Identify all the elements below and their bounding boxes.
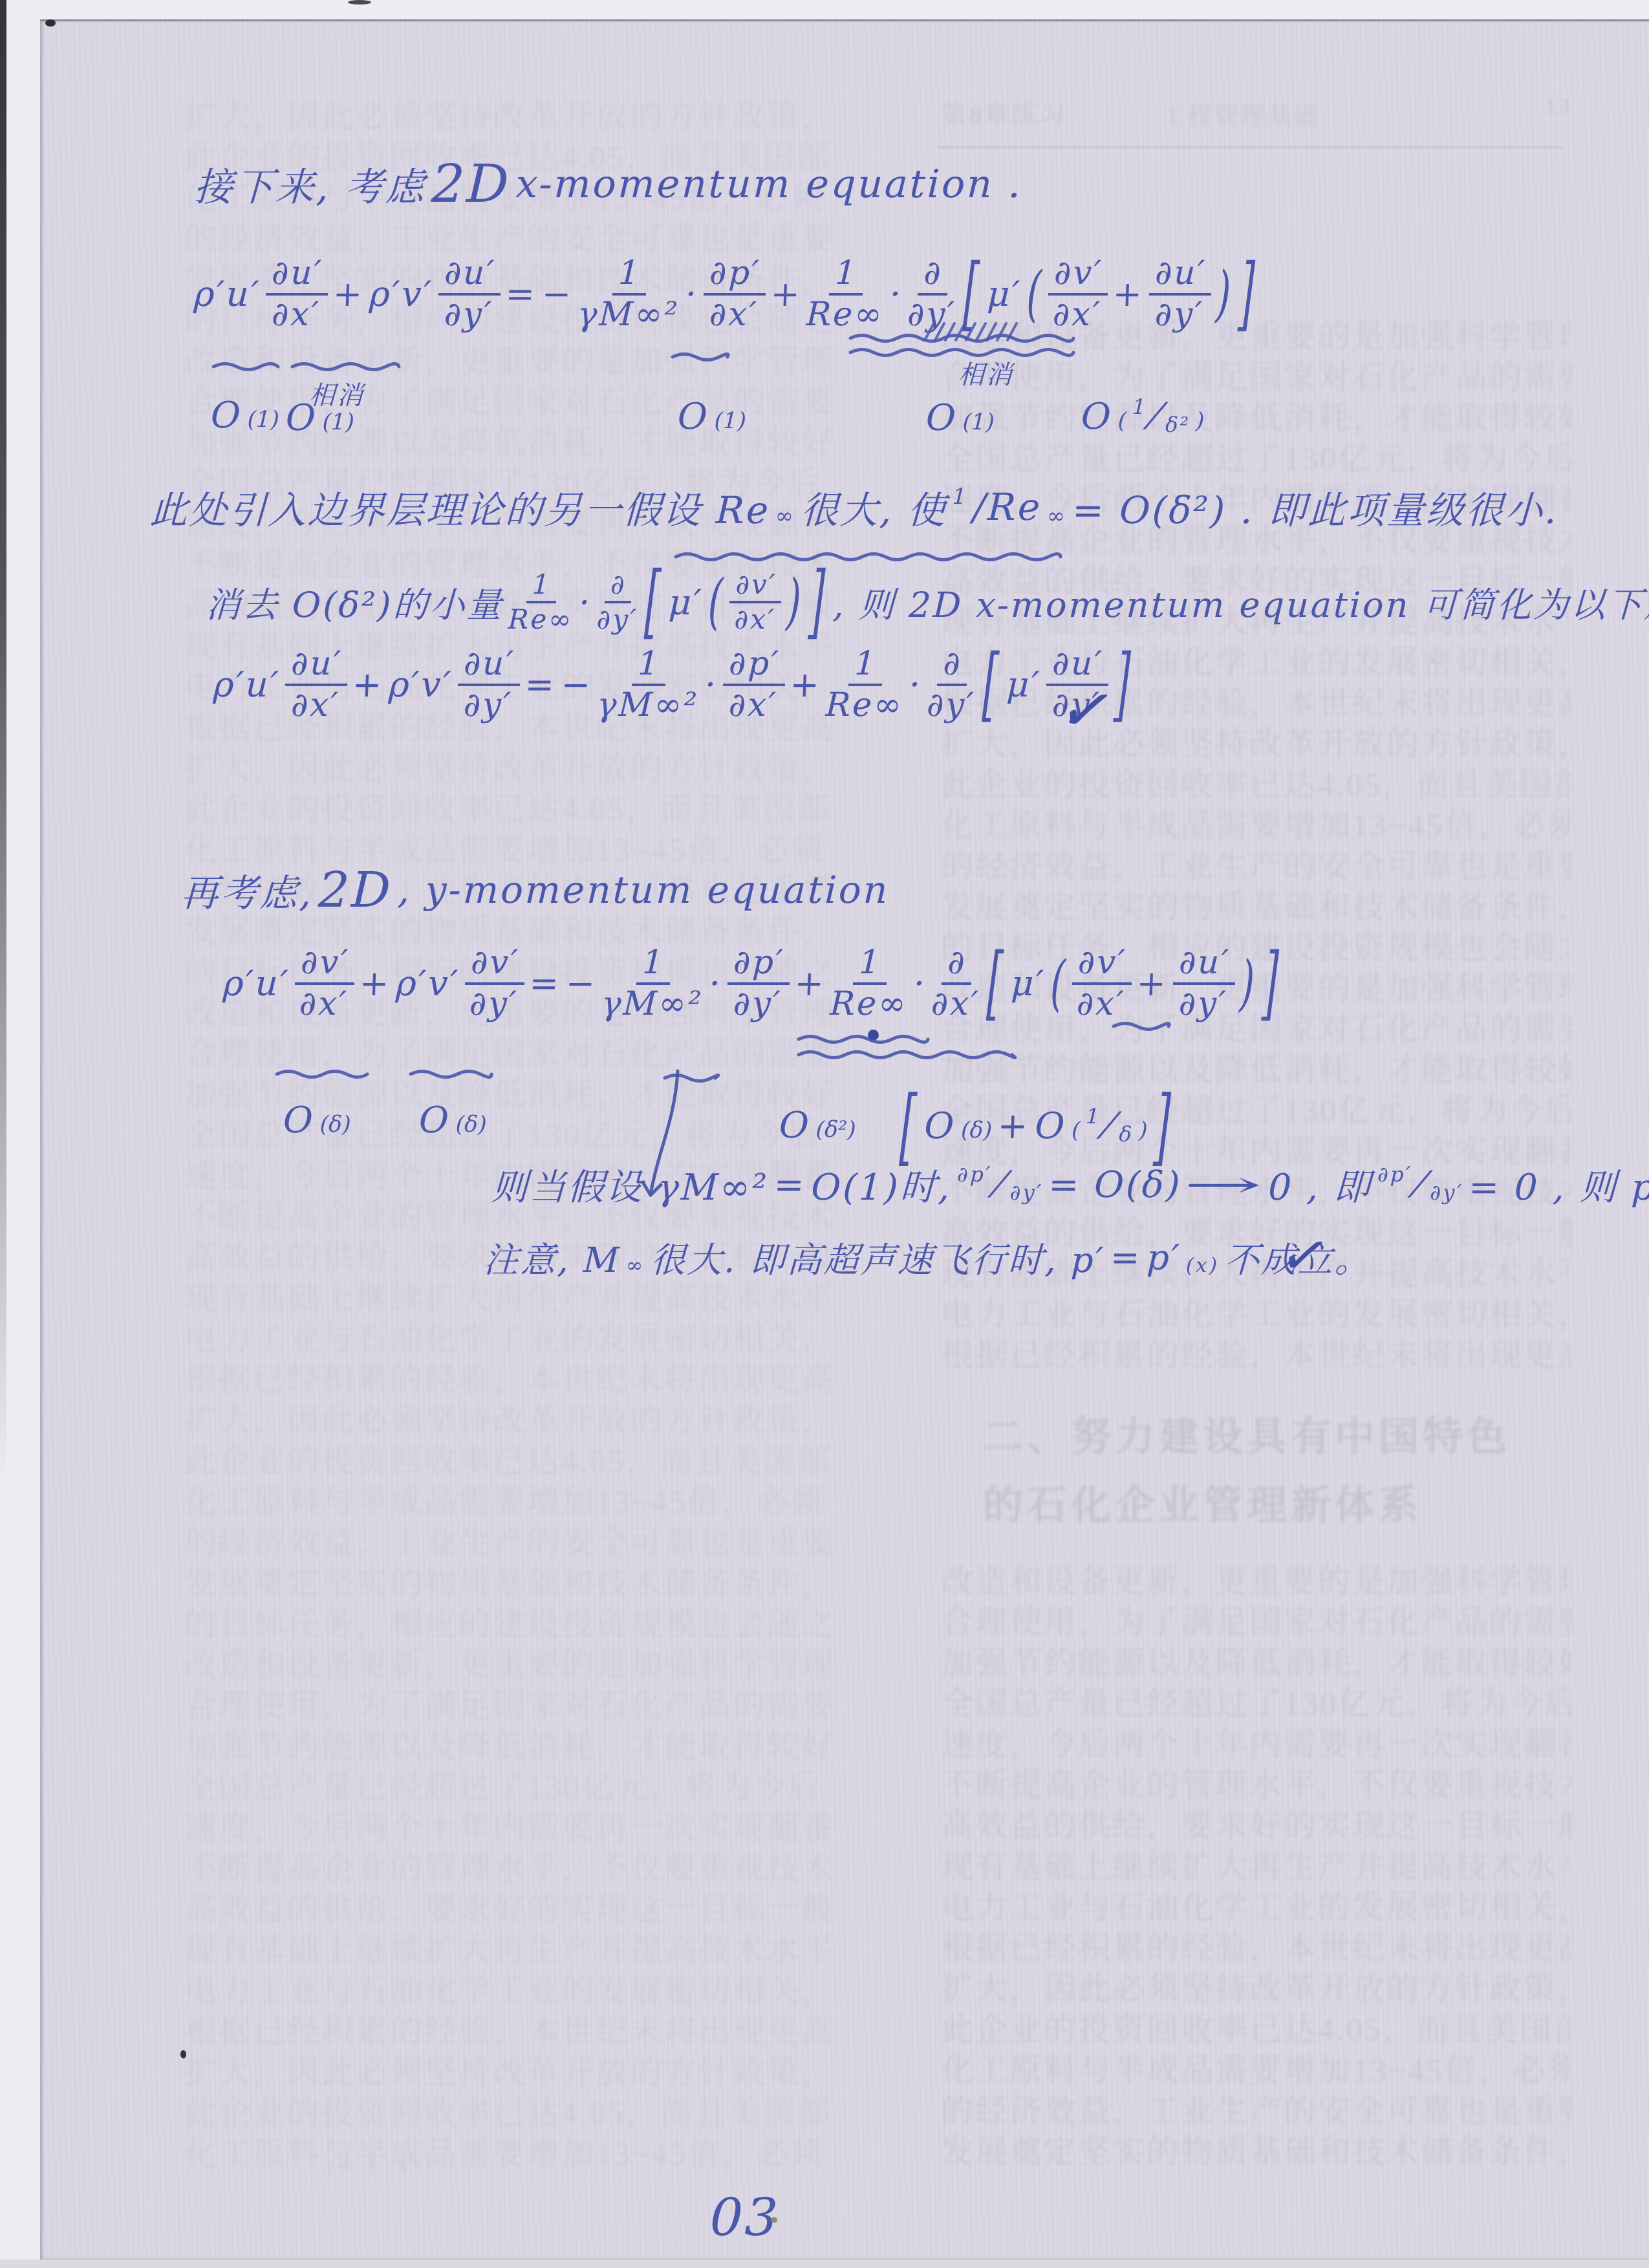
- math-token: ∂p′: [1377, 1162, 1412, 1187]
- order-eq3-bracket: [O(δ)+O(1⁄δ)]: [898, 1103, 1174, 1150]
- math-token: [: [981, 638, 1002, 731]
- fraction-term: 1γM∞²: [577, 256, 682, 332]
- fraction-numerator: ∂: [918, 256, 948, 296]
- fraction-numerator: 1: [636, 945, 671, 985]
- math-token: μ′: [1006, 664, 1042, 705]
- math-token: ): [786, 567, 804, 638]
- math-token: 1: [1132, 394, 1148, 418]
- math-token: 接下来, 考虑: [193, 157, 427, 212]
- math-token: μ′: [986, 274, 1022, 314]
- math-token: O: [210, 394, 243, 437]
- fraction-denominator: ∂y′: [1154, 296, 1205, 332]
- order-eq3-term2: O(δ): [418, 1099, 488, 1141]
- wavy-eq3-dudy: [1114, 1021, 1169, 1033]
- math-token: 不成立。: [1223, 1233, 1373, 1282]
- math-token: , y-momentum equation: [397, 868, 890, 912]
- math-token: ): [1215, 259, 1234, 329]
- math-token: O: [283, 1099, 316, 1141]
- fraction-numerator: ∂p′: [704, 256, 767, 296]
- math-token: ρ′v′: [388, 664, 453, 705]
- math-token: (1): [962, 409, 995, 435]
- order-eq1-visc: O(1): [925, 397, 995, 439]
- heading-line-1: 接下来, 考虑 2D x-momentum equation .: [193, 154, 1023, 215]
- math-token: =: [1110, 1237, 1142, 1278]
- fraction-denominator: Re∞: [825, 686, 904, 723]
- math-token: = 0 , 则 p′: [1468, 1159, 1649, 1211]
- math-token: +: [790, 664, 822, 705]
- fraction-numerator: ∂v′: [1072, 945, 1133, 985]
- eq-y-momentum: ρ′u′∂v′∂x′+ρ′v′∂v′∂y′=−1γM∞²·∂p′∂y′+1Re∞…: [222, 945, 1282, 1021]
- math-token: (1): [714, 407, 747, 433]
- fraction-denominator: ∂x′: [1076, 985, 1126, 1022]
- fraction-numerator: ∂: [605, 570, 632, 603]
- math-token: =: [524, 664, 557, 705]
- math-token: 则当假设 γM∞²: [491, 1159, 770, 1211]
- fraction-denominator: ∂y′: [463, 686, 513, 723]
- fraction-numerator: ∂u′: [1173, 945, 1236, 985]
- math-token: (x): [1185, 1253, 1219, 1277]
- fraction-term: ∂v′∂x′: [294, 945, 356, 1021]
- fraction-denominator: ∂y′: [444, 296, 494, 332]
- math-token: [: [643, 556, 664, 649]
- heading-line-2: 再考虑, 2D , y-momentum equation: [180, 861, 890, 918]
- math-token: ): [1239, 948, 1258, 1019]
- math-token: O: [923, 1105, 956, 1147]
- math-token: 1: [952, 484, 969, 509]
- math-token: ∂y′: [1430, 1180, 1464, 1205]
- math-token: +: [359, 963, 391, 1004]
- math-token: (δ): [455, 1111, 487, 1137]
- fraction-denominator: γM∞²: [577, 296, 680, 332]
- fraction-denominator: ∂y′: [733, 985, 783, 1022]
- math-token: 2D: [431, 154, 512, 215]
- math-token: (δ²): [815, 1116, 856, 1142]
- fraction-term: ∂∂y′: [926, 647, 978, 722]
- math-token: = O(δ²) . 即此项量级很小.: [1072, 480, 1560, 534]
- math-token: O: [677, 396, 710, 438]
- fraction-numerator: ∂p′: [723, 647, 786, 686]
- order-eq3-visc: O(δ²): [779, 1105, 857, 1147]
- math-token: ⁄: [1152, 396, 1161, 438]
- math-token: (: [1071, 1117, 1081, 1143]
- fraction-term: ∂u′∂x′: [264, 256, 329, 332]
- math-token: ∂p′: [957, 1162, 993, 1187]
- math-token: ∞: [1046, 502, 1067, 528]
- scanned-notes-page: { "page": { "kind": "scanned handwritten…: [0, 0, 1649, 2268]
- wavy-eq3-term1: [277, 1068, 367, 1081]
- fraction-term: ∂v′∂y′: [464, 945, 526, 1021]
- eliminate-line: 消去 O(δ²)的小量 1Re∞·∂∂y′[μ′(∂v′∂x′)] , 则 2D…: [204, 570, 1649, 634]
- wavy-eq3-term2: [411, 1068, 491, 1081]
- math-token: →: [1182, 1164, 1267, 1206]
- math-token: , 则 2D x-momentum equation 可简化为以下形式:: [832, 578, 1649, 627]
- math-token: =: [773, 1164, 807, 1206]
- fraction-denominator: ∂x′: [271, 296, 321, 332]
- math-token: δ: [1119, 1122, 1134, 1147]
- math-token: (δ): [961, 1117, 993, 1143]
- fraction-term: 1Re∞: [825, 647, 905, 722]
- order-eq1-pressure: O(1): [677, 396, 747, 438]
- math-token: +: [1136, 963, 1168, 1004]
- order-eq1-term1: O(1): [210, 394, 280, 437]
- fraction-numerator: ∂u′: [438, 256, 502, 296]
- math-token: 03: [709, 2187, 781, 2247]
- fraction-denominator: ∂x′: [299, 985, 349, 1022]
- fraction-denominator: ∂x′: [931, 985, 981, 1022]
- handwriting-layer: 接下来, 考虑 2D x-momentum equation .ρ′u′∂u′∂…: [0, 0, 1649, 2268]
- math-token: O: [1034, 1105, 1067, 1147]
- fraction-term: ∂v′∂x′: [1047, 256, 1109, 332]
- deduction-line: 则当假设 γM∞²=O(1)时, ∂p′⁄∂y′ = O(δ)→0 , 即 ∂p…: [491, 1159, 1649, 1211]
- math-token: ·: [709, 963, 723, 1004]
- math-token: 消去 O(δ²)的小量: [205, 578, 504, 627]
- fraction-numerator: 1: [526, 570, 557, 603]
- fraction-term: ∂∂y′: [596, 570, 640, 634]
- fraction-term: ∂p′∂y′: [726, 945, 791, 1021]
- math-token: ⁄: [997, 1164, 1006, 1206]
- fraction-numerator: ∂v′: [295, 945, 356, 985]
- olive-speck-bottom: [771, 2217, 777, 2223]
- math-token: 1: [1086, 1103, 1102, 1128]
- fraction-numerator: 1: [612, 256, 647, 296]
- fraction-numerator: ∂p′: [727, 945, 791, 985]
- math-token: 相消: [958, 354, 1015, 391]
- math-token: δ²: [1165, 413, 1191, 437]
- math-token: −: [541, 274, 574, 314]
- fraction-denominator: ∂x′: [728, 686, 779, 723]
- fraction-numerator: ∂u′: [266, 256, 329, 296]
- fraction-denominator: γM∞²: [596, 686, 700, 723]
- math-token: ⁄: [1105, 1105, 1115, 1147]
- math-token: (1): [247, 406, 280, 432]
- wavy-eq3-visc-b: [799, 1049, 1012, 1062]
- math-token: x-momentum equation .: [515, 162, 1023, 207]
- math-token: ]: [1237, 248, 1258, 341]
- fraction-numerator: ∂v′: [729, 570, 782, 603]
- math-token: +: [352, 664, 384, 705]
- order-eq1-term2: O(1): [285, 397, 355, 439]
- fraction-numerator: 1: [829, 256, 864, 296]
- page-number: 03: [709, 2187, 781, 2247]
- order-eq1-last: O(1⁄δ²): [1081, 396, 1205, 438]
- math-token: ρ′u′: [213, 664, 281, 705]
- math-token: ·: [704, 664, 718, 705]
- math-token: ·: [909, 664, 923, 705]
- fraction-term: 1Re∞: [806, 256, 886, 332]
- fraction-term: 1Re∞: [830, 945, 910, 1021]
- math-token: ∂y′: [1009, 1180, 1044, 1205]
- fraction-numerator: ∂v′: [1048, 256, 1109, 296]
- dark-mark-top-left: [45, 19, 56, 27]
- math-token: +: [997, 1105, 1030, 1147]
- math-token: +: [793, 963, 826, 1004]
- math-token: ·: [913, 963, 927, 1004]
- fraction-numerator: ∂u′: [285, 647, 349, 686]
- math-token: ρ′v′: [395, 963, 460, 1004]
- math-token: (: [1026, 259, 1044, 329]
- fraction-term: ∂v′∂x′: [729, 570, 782, 634]
- fraction-numerator: 1: [632, 647, 667, 686]
- math-token: 此处引入边界层理论的另一假设 Re: [149, 480, 771, 534]
- math-token: (δ): [319, 1111, 351, 1137]
- fraction-numerator: ∂: [937, 647, 967, 686]
- math-token: = O(δ): [1048, 1164, 1182, 1206]
- ink-blob-eq3: [868, 1030, 879, 1041]
- fraction-term: ∂u′∂y′: [1148, 256, 1212, 332]
- fraction-term: ∂p′∂x′: [702, 256, 767, 332]
- math-token: O: [925, 397, 958, 439]
- order-eq3-term1: O(δ): [283, 1099, 352, 1141]
- math-token: ·: [578, 582, 592, 623]
- math-token: [: [986, 937, 1006, 1030]
- math-token: ]: [808, 556, 828, 649]
- fraction-term: 1Re∞: [508, 570, 575, 634]
- math-token: 很大. 即高超声速飞行时, p′: [649, 1233, 1106, 1282]
- math-token: +: [770, 274, 803, 314]
- fraction-numerator: 1: [848, 647, 883, 686]
- math-token: O: [285, 397, 318, 439]
- fraction-denominator: γM∞²: [601, 985, 704, 1022]
- math-token: (1): [322, 409, 355, 435]
- math-token: 注意, M: [483, 1233, 622, 1282]
- fraction-denominator: Re∞: [508, 603, 574, 634]
- math-token: ): [1138, 1117, 1148, 1143]
- math-token: =: [529, 963, 561, 1004]
- wavy-assumption: [676, 551, 1061, 564]
- fraction-denominator: Re∞: [830, 985, 909, 1022]
- math-token: ·: [685, 274, 699, 314]
- math-token: O: [418, 1099, 451, 1141]
- fraction-numerator: ∂v′: [465, 945, 526, 985]
- fraction-denominator: ∂y′: [469, 985, 519, 1022]
- math-token: ⁄: [1416, 1164, 1426, 1206]
- math-token: −: [565, 963, 598, 1004]
- eq-x-momentum-simplified: ρ′u′∂u′∂x′+ρ′v′∂u′∂y′=−1γM∞²·∂p′∂x′+1Re∞…: [212, 647, 1134, 722]
- fraction-term: 1γM∞²: [601, 945, 706, 1021]
- math-token: ∞: [775, 502, 795, 528]
- wavy-eq1-term2: [292, 361, 399, 374]
- fraction-numerator: 1: [853, 945, 888, 985]
- fraction-term: ∂∂x′: [931, 945, 982, 1021]
- cancel-label-2: 相消: [958, 354, 1015, 391]
- assumption-line: 此处引入边界层理论的另一假设 Re∞很大, 使 1/Re∞ = O(δ²) . …: [149, 480, 1560, 534]
- math-token: 再考虑,: [180, 863, 314, 917]
- math-token: ·: [889, 274, 903, 314]
- math-token: ): [1195, 407, 1205, 433]
- math-token: ρ′u′: [193, 274, 261, 314]
- math-token: +: [332, 274, 365, 314]
- math-token: μ′: [1010, 963, 1046, 1004]
- caution-line: 注意, M∞很大. 即高超声速飞行时, p′=p′(x) 不成立。: [483, 1233, 1373, 1282]
- math-token: (: [1117, 407, 1127, 433]
- wavy-eq1-term1: [213, 361, 278, 374]
- wavy-eq1-pressure: [673, 351, 727, 364]
- fraction-term: ∂u′∂x′: [284, 647, 349, 722]
- dot-bottom-left: [180, 2050, 186, 2058]
- dark-dash-top: [348, 0, 371, 5]
- wavy-eq3-visc-a: [799, 1033, 928, 1046]
- fraction-denominator: ∂x′: [290, 686, 341, 723]
- fraction-term: ∂u′∂y′: [1172, 945, 1236, 1021]
- fraction-term: ∂u′∂y′: [457, 647, 521, 722]
- fraction-denominator: ∂y′: [926, 686, 976, 723]
- math-token: O: [1081, 396, 1114, 438]
- math-token: μ′: [668, 582, 704, 623]
- math-token: O: [779, 1105, 812, 1147]
- math-token: ∞: [626, 1253, 645, 1277]
- fraction-denominator: ∂y′: [596, 603, 639, 634]
- fraction-numerator: ∂: [942, 945, 972, 985]
- scribble-eq1: [925, 323, 1012, 341]
- math-token: 很大, 使: [800, 480, 948, 534]
- fraction-term: 1γM∞²: [596, 647, 701, 722]
- fraction-term: ∂p′∂x′: [722, 647, 786, 722]
- math-token: O(1)时,: [810, 1159, 953, 1211]
- fraction-term: ∂u′∂y′: [437, 256, 502, 332]
- fraction-denominator: Re∞: [806, 296, 885, 332]
- fraction-denominator: ∂x′: [709, 296, 759, 332]
- math-token: ρ′v′: [369, 274, 434, 314]
- fraction-term: ∂∂y′: [907, 256, 958, 332]
- math-token: 2D: [318, 861, 393, 918]
- math-token: (: [1050, 948, 1068, 1019]
- fraction-denominator: ∂x′: [734, 603, 777, 634]
- math-token: ρ′u′: [222, 963, 290, 1004]
- fraction-numerator: ∂u′: [458, 647, 521, 686]
- math-token: p′: [1146, 1237, 1181, 1278]
- fraction-denominator: ∂y′: [1178, 985, 1229, 1022]
- fraction-term: ∂v′∂x′: [1071, 945, 1133, 1021]
- math-token: 0 , 即: [1267, 1159, 1373, 1211]
- math-token: ]: [1261, 937, 1282, 1030]
- math-token: =: [505, 274, 537, 314]
- math-token: −: [561, 664, 593, 705]
- fraction-denominator: ∂x′: [1052, 296, 1103, 332]
- math-token: /Re: [973, 485, 1043, 529]
- eq-x-momentum: ρ′u′∂u′∂x′+ρ′v′∂u′∂y′=−1γM∞²·∂p′∂x′+1Re∞…: [193, 256, 1259, 332]
- fraction-numerator: ∂u′: [1149, 256, 1212, 296]
- math-token: +: [1112, 274, 1145, 314]
- math-token: (: [707, 567, 726, 638]
